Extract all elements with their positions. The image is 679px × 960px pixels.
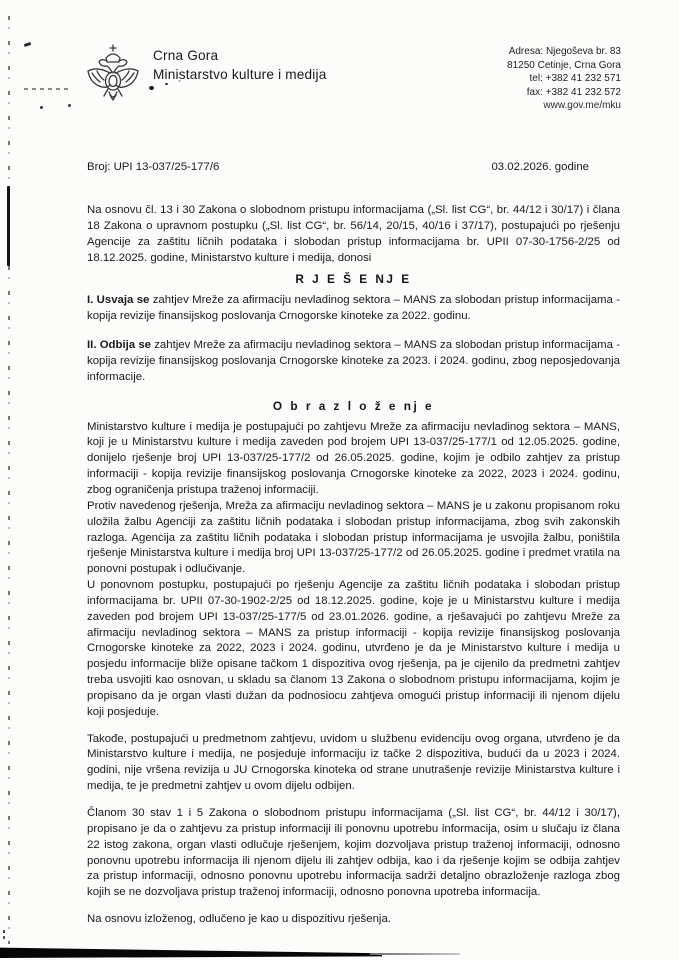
- decision-item-1: I. Usvaja se zahtjev Mreže za afirmaciju…: [87, 293, 620, 325]
- contact-address-line2: 81250 Cetinje, Crna Gora: [507, 59, 621, 73]
- intro-paragraph: Na osnovu čl. 13 i 30 Zakona o slobodnom…: [87, 203, 620, 266]
- montenegro-coat-of-arms-icon: [85, 44, 141, 104]
- scan-artifact-bottom-wedge-tail: [370, 953, 460, 955]
- scan-artifact-dot: [68, 104, 71, 107]
- reference-number: Broj: UPI 13-037/25-177/6: [87, 161, 219, 173]
- scan-artifact-bottom-wedge: [0, 946, 382, 958]
- reference-row: Broj: UPI 13-037/25-177/6 03.02.2026. go…: [87, 161, 589, 173]
- scan-artifact-left-edge-dark-segment: [7, 186, 10, 266]
- contact-tel: tel: +382 41 232 571: [507, 72, 621, 86]
- explanation-paragraph-3: U ponovnom postupku, postupajući po rješ…: [87, 578, 620, 721]
- explanation-paragraph-2: Protiv navedenog rješenja, Mreža za afir…: [87, 499, 620, 578]
- decision-item-2-text: zahtjev Mreže za afirmaciju nevladinog s…: [87, 339, 620, 383]
- scan-artifact-left-edge-marks: [8, 16, 10, 944]
- explanation-paragraph-5: Članom 30 stav 1 i 5 Zakona o slobodnom …: [87, 806, 620, 901]
- contact-fax: fax: +382 41 232 572: [507, 86, 621, 100]
- scan-artifact-dot: [40, 106, 43, 109]
- organization-name-block: Crna Gora Ministarstvo kulture i medija: [153, 44, 327, 84]
- decision-item-1-lead: I. Usvaja se: [87, 294, 149, 306]
- decision-item-2-lead: II. Odbija se: [87, 339, 151, 351]
- contact-block: Adresa: Njegoševa br. 83 81250 Cetinje, …: [507, 44, 621, 113]
- contact-website: www.gov.me/mku: [507, 99, 621, 113]
- scan-artifact-dash-row: [24, 88, 72, 90]
- decision-item-2: II. Odbija se zahtjev Mreže za afirmacij…: [87, 338, 620, 386]
- contact-address-line1: Adresa: Njegoševa br. 83: [507, 45, 621, 59]
- scanned-document-page: Crna Gora Ministarstvo kulture i medija …: [0, 0, 679, 960]
- org-country: Crna Gora: [153, 47, 327, 66]
- explanation-paragraph-1: Ministarstvo kulture i medija je postupa…: [87, 420, 620, 499]
- reference-date: 03.02.2026. godine: [491, 161, 589, 173]
- scan-artifact-colon-mark: [3, 930, 5, 933]
- explanation-paragraph-6: Na osnovu izloženog, odlučeno je kao u d…: [87, 912, 620, 928]
- explanation-paragraph-4: Takođe, postupajući u predmetnom zahtjev…: [87, 732, 620, 795]
- letterhead: Crna Gora Ministarstvo kulture i medija …: [85, 44, 621, 113]
- document-body: Na osnovu čl. 13 i 30 Zakona o slobodnom…: [87, 203, 620, 928]
- decision-item-1-text: zahtjev Mreže za afirmaciju nevladinog s…: [87, 294, 620, 322]
- org-ministry: Ministarstvo kulture i medija: [153, 66, 327, 85]
- scan-artifact-check-mark: [24, 42, 32, 47]
- decision-heading: R J E Š E NJ E: [87, 272, 620, 286]
- explanation-heading: O b r a z l o ž e nj e: [87, 399, 620, 413]
